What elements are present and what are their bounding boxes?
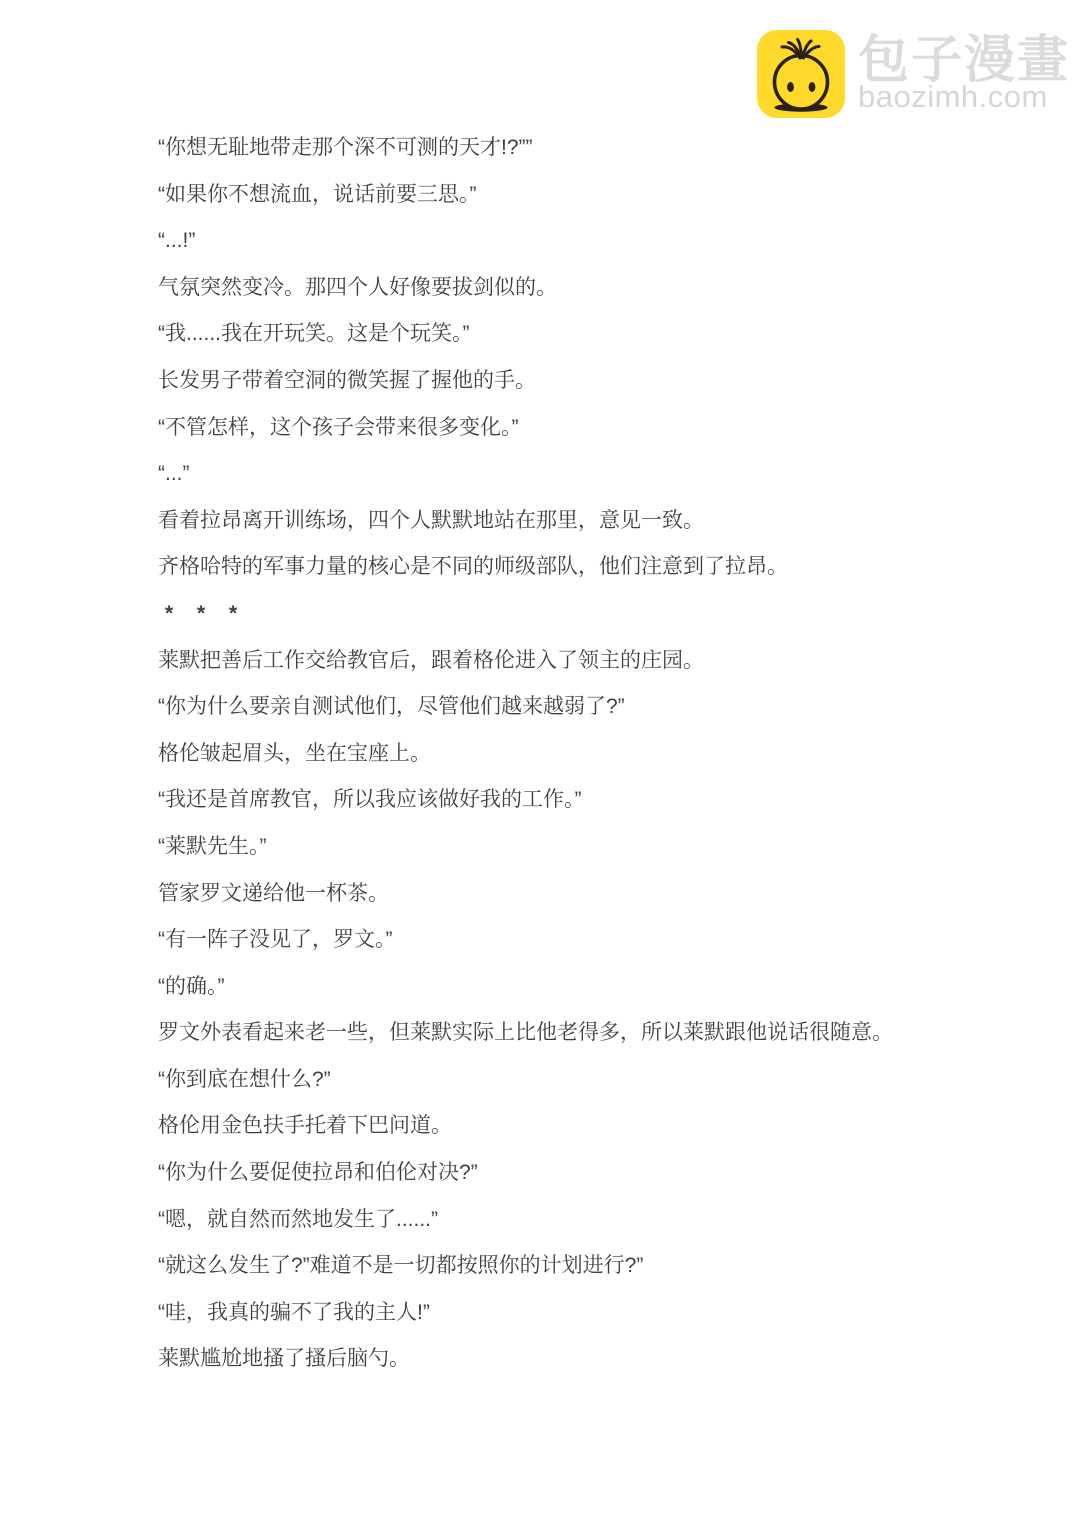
paragraph: “你到底在想什么?” bbox=[158, 1069, 1008, 1091]
paragraph: “有一阵子没见了，罗文。” bbox=[158, 929, 1008, 951]
paragraph: 莱默把善后工作交给教官后，跟着格伦进入了领主的庄园。 bbox=[158, 650, 1008, 672]
paragraph: 看着拉昂离开训练场，四个人默默地站在那里，意见一致。 bbox=[158, 510, 1008, 532]
paragraph: “...!” bbox=[158, 230, 1008, 252]
paragraph: “莱默先生。” bbox=[158, 836, 1008, 858]
paragraph: 格伦皱起眉头，坐在宝座上。 bbox=[158, 743, 1008, 765]
paragraph: “嗯，就自然而然地发生了......” bbox=[158, 1209, 1008, 1231]
paragraph: 管家罗文递给他一杯茶。 bbox=[158, 883, 1008, 905]
paragraph: 格伦用金色扶手托着下巴问道。 bbox=[158, 1115, 1008, 1137]
paragraph: “你为什么要亲自测试他们，尽管他们越来越弱了?” bbox=[158, 696, 1008, 718]
paragraph: 莱默尴尬地搔了搔后脑勺。 bbox=[158, 1348, 1008, 1370]
paragraph: 长发男子带着空洞的微笑握了握他的手。 bbox=[158, 370, 1008, 392]
site-watermark: 包子漫畫 baozimh.com bbox=[757, 30, 1070, 118]
scene-separator: * * * bbox=[158, 603, 1008, 625]
brand-text-block: 包子漫畫 baozimh.com bbox=[858, 30, 1070, 112]
paragraph: “你为什么要促使拉昂和伯伦对决?” bbox=[158, 1162, 1008, 1184]
novel-text-body: “你想无耻地带走那个深不可测的天才!?””“如果你不想流血，说话前要三思。”“.… bbox=[158, 137, 1008, 1395]
paragraph: 齐格哈特的军事力量的核心是不同的师级部队，他们注意到了拉昂。 bbox=[158, 556, 1008, 578]
paragraph: “如果你不想流血，说话前要三思。” bbox=[158, 184, 1008, 206]
paragraph: “不管怎样，这个孩子会带来很多变化。” bbox=[158, 417, 1008, 439]
paragraph: “哇，我真的骗不了我的主人!” bbox=[158, 1302, 1008, 1324]
page: 包子漫畫 baozimh.com “你想无耻地带走那个深不可测的天才!?””“如… bbox=[0, 0, 1074, 1519]
paragraph: “...” bbox=[158, 463, 1008, 485]
brand-domain: baozimh.com bbox=[858, 82, 1070, 112]
paragraph: 气氛突然变冷。那四个人好像要拔剑似的。 bbox=[158, 277, 1008, 299]
paragraph: 罗文外表看起来老一些，但莱默实际上比他老得多，所以莱默跟他说话很随意。 bbox=[158, 1022, 1008, 1044]
paragraph: “你想无耻地带走那个深不可测的天才!?”” bbox=[158, 137, 1008, 159]
paragraph: “的确。” bbox=[158, 976, 1008, 998]
paragraph: “就这么发生了?”难道不是一切都按照你的计划进行?” bbox=[158, 1255, 1008, 1277]
paragraph-list: “你想无耻地带走那个深不可测的天才!?””“如果你不想流血，说话前要三思。”“.… bbox=[158, 137, 1008, 1370]
baozi-logo-icon bbox=[757, 30, 845, 118]
paragraph: “我还是首席教官，所以我应该做好我的工作。” bbox=[158, 789, 1008, 811]
paragraph: “我......我在开玩笑。这是个玩笑。” bbox=[158, 323, 1008, 345]
